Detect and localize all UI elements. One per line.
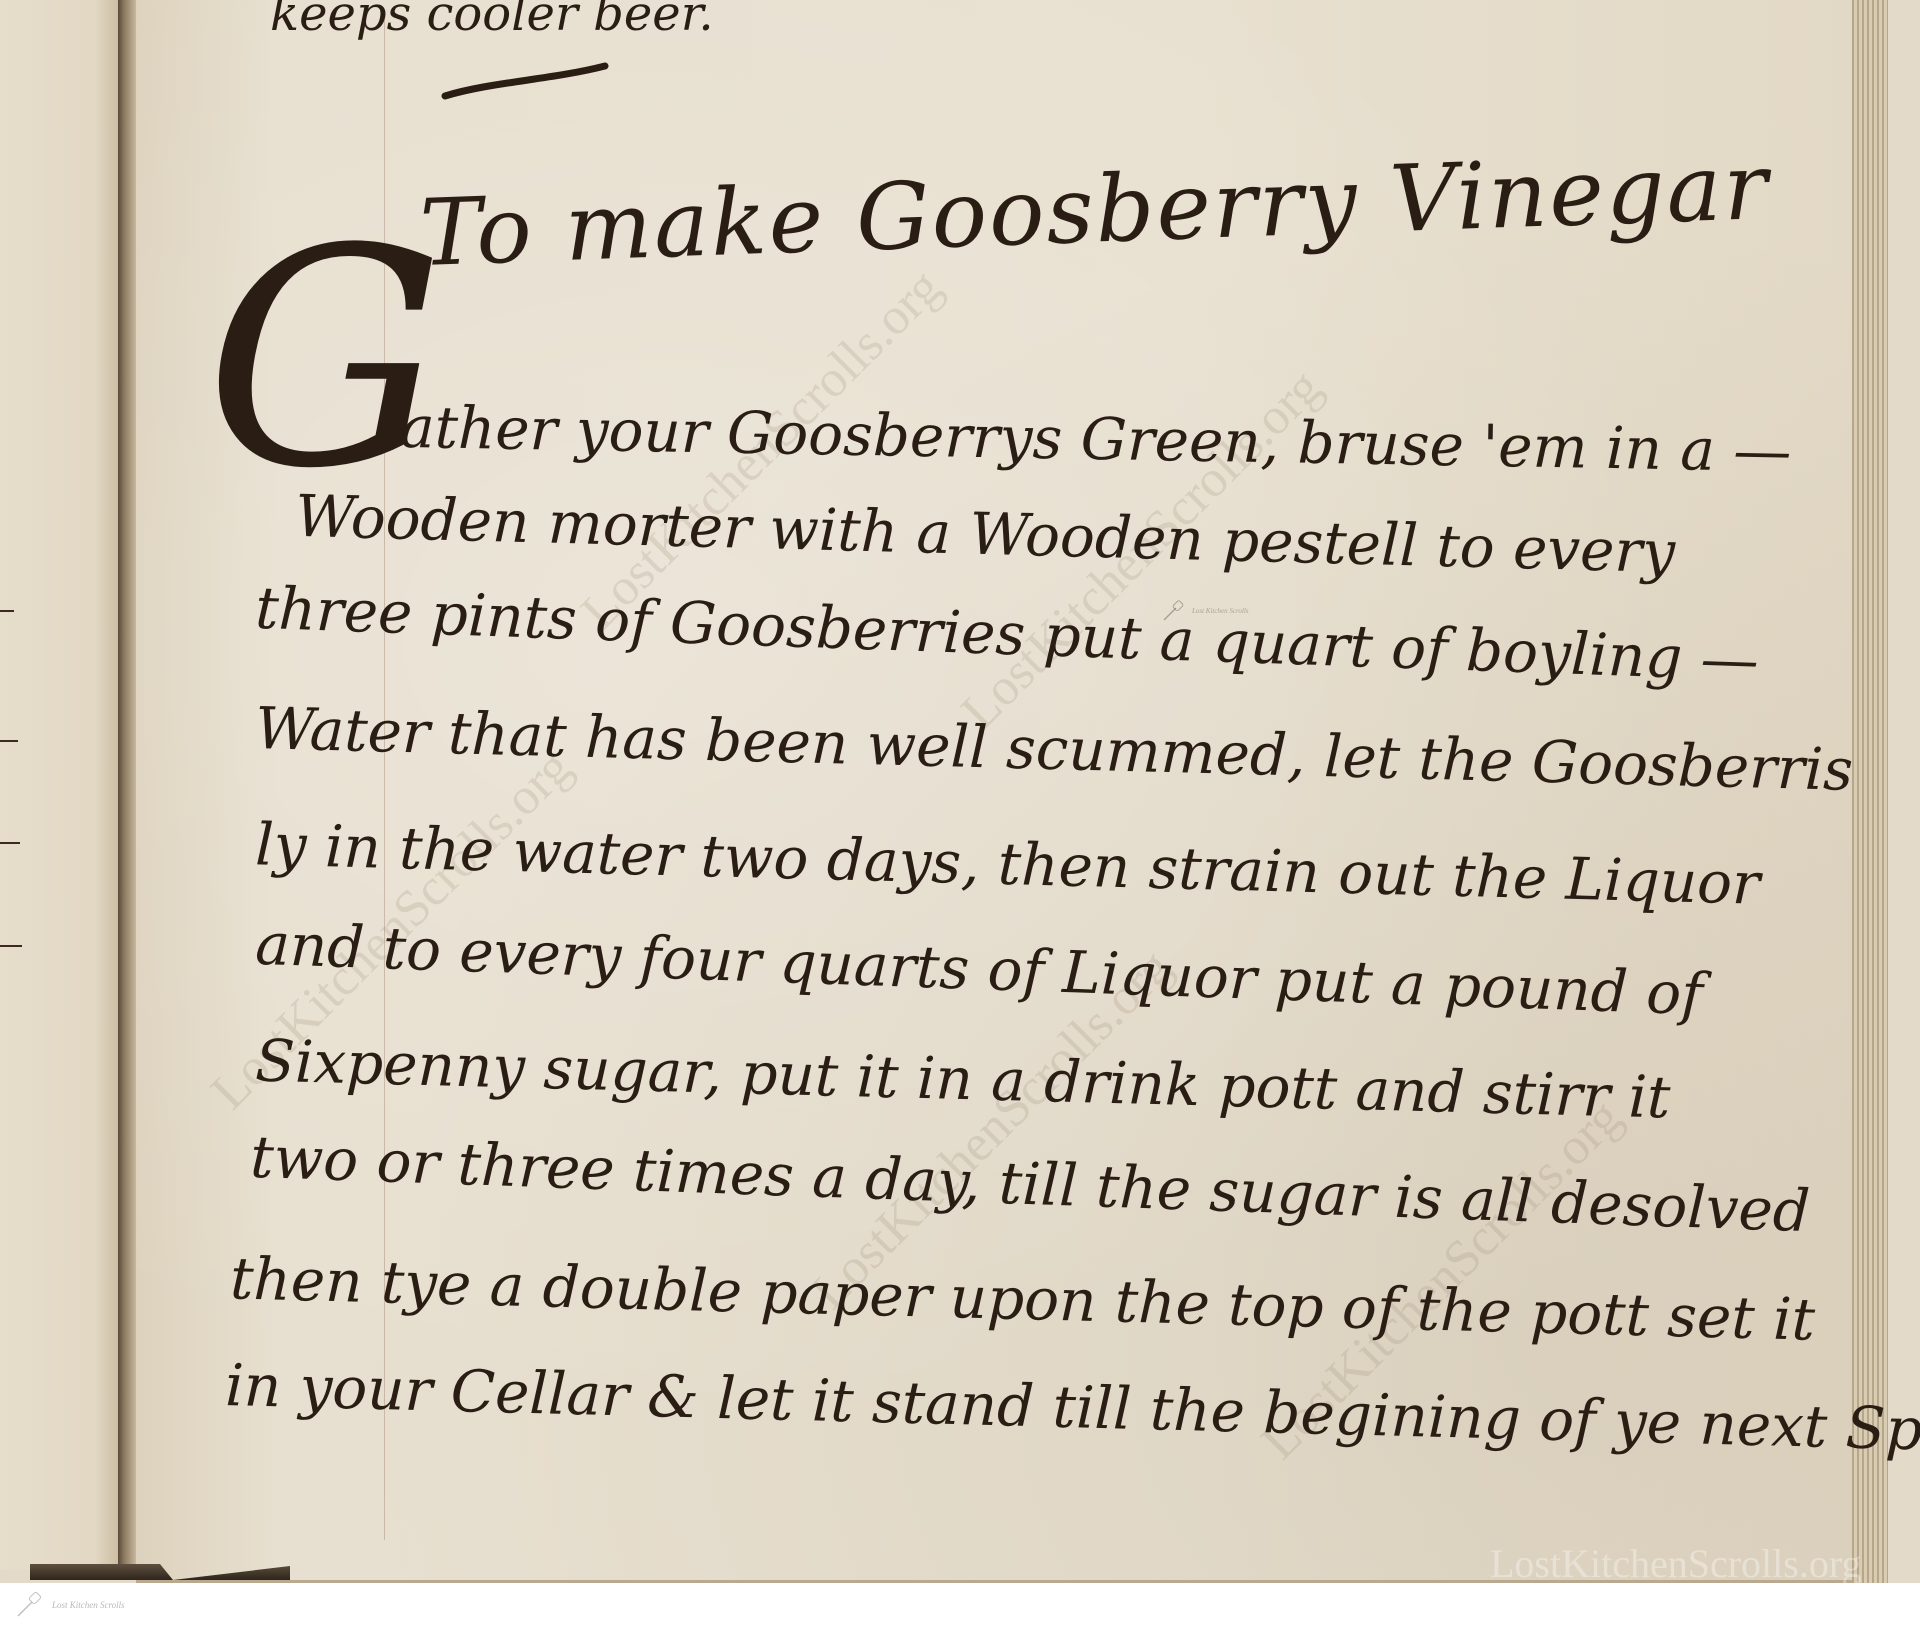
title-flourish-icon [440,62,610,102]
ink-mark [0,610,14,612]
manuscript-scan: LostKitchenScrolls.org LostKitchenScroll… [0,0,1920,1583]
ink-mark [0,740,18,742]
spatula-icon [14,1590,44,1620]
footer-logo-text: Lost Kitchen Scrolls [52,1600,125,1610]
ink-mark [0,842,20,844]
drop-cap: G [205,210,445,510]
watermark-bottom-text: LostKitchenScrolls.org [1490,1540,1861,1587]
ink-mark [0,945,22,947]
page-edges [1852,0,1888,1583]
previous-entry-fragment: keeps cooler beer. [270,0,714,42]
footer-logo: Lost Kitchen Scrolls [14,1590,125,1620]
book-gutter [118,0,136,1575]
left-page-edge [0,0,118,1570]
left-page-ink-marks [0,0,118,1570]
